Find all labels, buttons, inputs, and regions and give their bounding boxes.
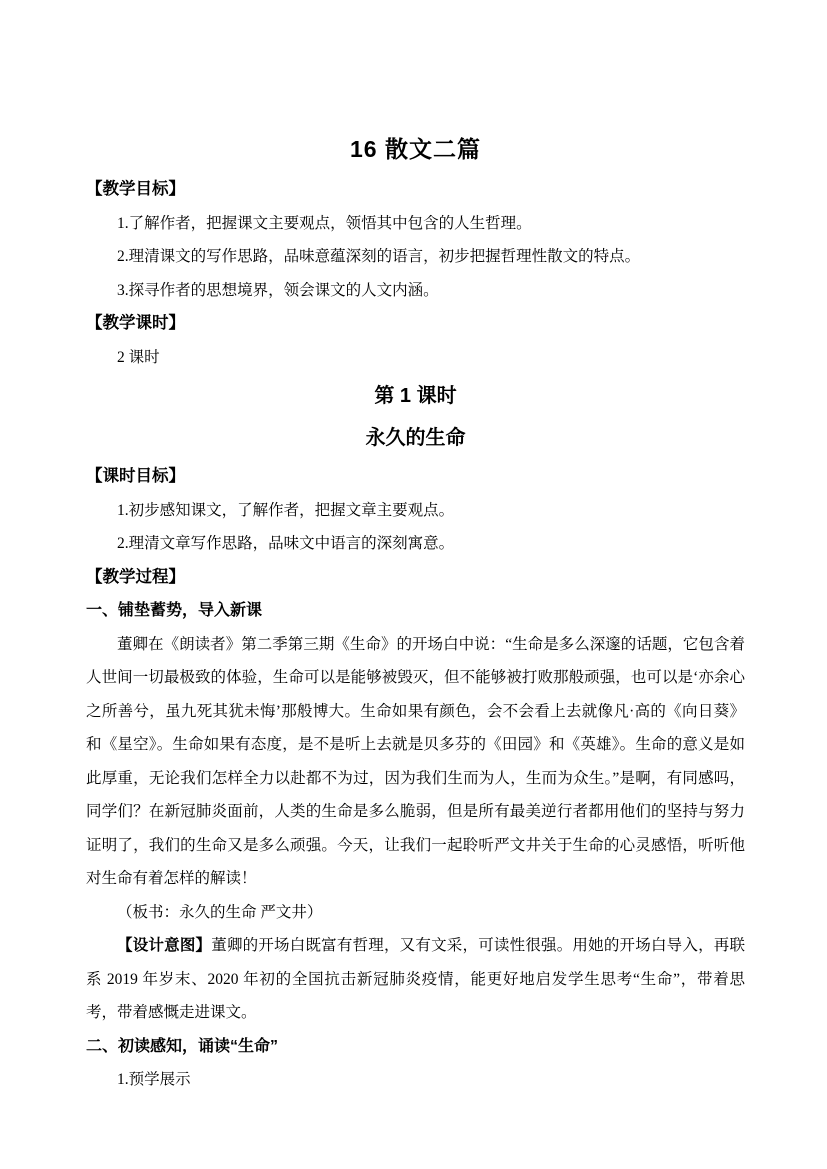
heading-teaching-process: 【教学过程】 — [86, 561, 745, 595]
teaching-goal-item-3: 3.探寻作者的思想境界，领会课文的人文内涵。 — [86, 274, 745, 308]
design-intent-paragraph: 【设计意图】董卿的开场白既富有哲理，又有文采，可读性很强。用她的开场白导入，再联… — [86, 929, 745, 1030]
lead-in-paragraph: 董卿在《朗读者》第二季第三期《生命》的开场白中说：“生命是多么深邃的话题，它包含… — [86, 628, 745, 896]
document-page: 16 散文二篇 【教学目标】 1.了解作者，把握课文主要观点，领悟其中包含的人生… — [0, 0, 827, 1169]
essay-title: 永久的生命 — [86, 418, 745, 458]
teaching-goal-item-2: 2.理清课文的写作思路，品味意蕴深刻的语言，初步把握哲理性散文的特点。 — [86, 240, 745, 274]
heading-teaching-goals: 【教学目标】 — [86, 173, 745, 207]
process-section-2-heading: 二、初读感知，诵读“生命” — [86, 1030, 745, 1064]
teaching-goal-item-1: 1.了解作者，把握课文主要观点，领悟其中包含的人生哲理。 — [86, 207, 745, 241]
board-note: （板书：永久的生命 严文井） — [86, 896, 745, 930]
design-intent-label: 【设计意图】 — [117, 937, 211, 954]
process-section-1-heading: 一、铺垫蓄势，导入新课 — [86, 594, 745, 628]
preview-display-item: 1.预学展示 — [86, 1063, 745, 1097]
heading-teaching-hours: 【教学课时】 — [86, 307, 745, 341]
heading-lesson-goals: 【课时目标】 — [86, 460, 745, 494]
lesson-goal-item-1: 1.初步感知课文，了解作者，把握文章主要观点。 — [86, 494, 745, 528]
lesson-subtitle: 第 1 课时 — [86, 376, 745, 416]
lesson-goal-item-2: 2.理清文章写作思路，品味文中语言的深刻寓意。 — [86, 527, 745, 561]
teaching-hours-value: 2 课时 — [86, 341, 745, 375]
doc-title: 16 散文二篇 — [86, 131, 745, 167]
